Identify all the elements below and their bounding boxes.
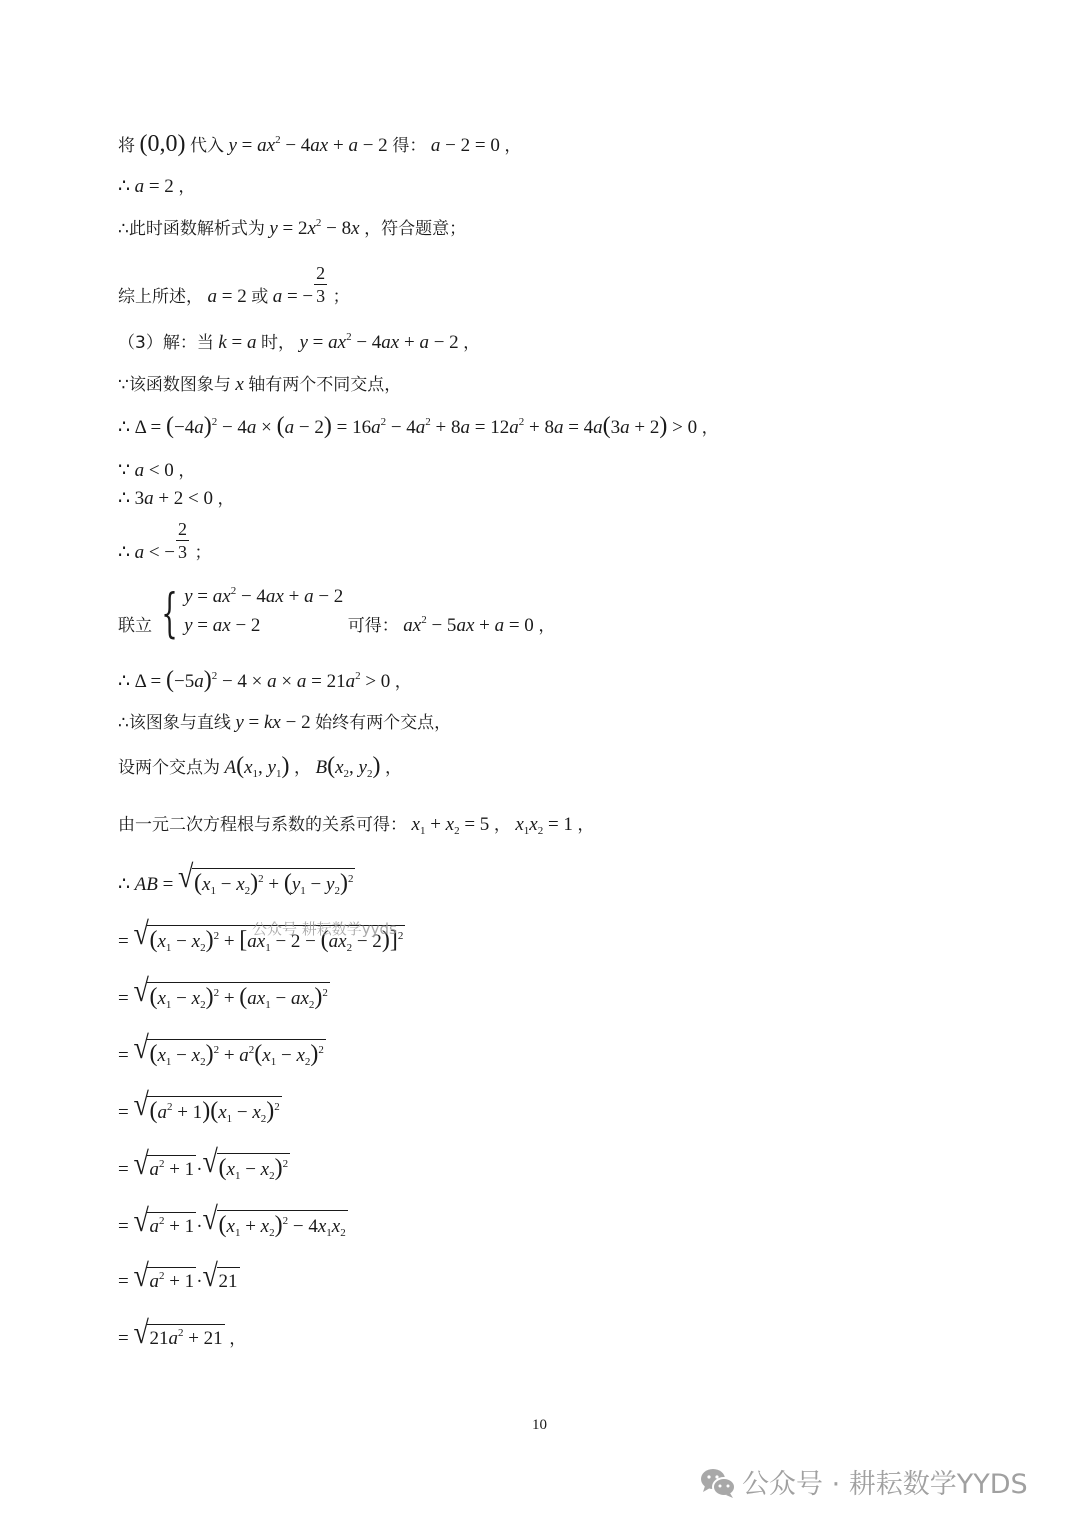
math-expr: < − xyxy=(144,542,175,563)
math-expr: + xyxy=(399,332,419,353)
line-step-2: = √(x1 − x2)2 + (ax1 − ax2)2 xyxy=(118,982,330,1011)
math-expr: a xyxy=(194,417,204,438)
math-expr: a xyxy=(416,417,426,438)
fraction: 23 xyxy=(176,518,189,563)
paren: ) xyxy=(372,753,380,779)
math-expr: = xyxy=(308,332,328,353)
math-expr: a xyxy=(208,286,218,307)
square-root: √(x1 − x2)2 + (y1 − y2)2 xyxy=(178,868,355,897)
math-expr: a xyxy=(461,417,471,438)
math-expr: + 8 xyxy=(524,417,554,438)
numerator: 2 xyxy=(176,518,189,541)
text: ， xyxy=(294,758,311,778)
math-expr: a xyxy=(509,417,519,438)
math-expr: A xyxy=(225,757,237,778)
math-expr: − 2 xyxy=(294,417,324,438)
math-expr: a xyxy=(247,332,257,353)
line-step-7: = √a2 + 1·√21 xyxy=(118,1267,240,1294)
math-expr: − 8 xyxy=(321,218,351,239)
text: 可得： xyxy=(348,616,399,636)
text: ， xyxy=(229,1329,246,1349)
math-expr: = 16 xyxy=(332,417,371,438)
math-expr: − 4 xyxy=(386,417,416,438)
text: 将 xyxy=(118,136,135,156)
text: ，符合题意； xyxy=(364,219,466,239)
square-root: √(x1 + x2)2 − 4x1x2 xyxy=(203,1210,348,1239)
math-var: x xyxy=(235,374,243,395)
therefore-symbol: ∴ xyxy=(118,542,130,563)
line-summary: 综上所述， a = 2 或 a = −23 ； xyxy=(118,262,350,309)
text: 轴有两个不同交点， xyxy=(248,375,401,395)
line-step-5: = √a2 + 1·√(x1 − x2)2 xyxy=(118,1153,290,1182)
therefore-symbol: ∴ xyxy=(118,176,130,197)
paren: ( xyxy=(236,753,244,779)
math-expr: a xyxy=(346,671,356,692)
line-a-range: ∴ a < −23 ； xyxy=(118,518,212,565)
math-expr: = xyxy=(244,712,264,733)
paren: ( xyxy=(603,413,611,439)
line-vieta: 由一元二次方程根与系数的关系可得： x1 + x2 = 5 ， x1x2 = 1… xyxy=(118,812,594,837)
math-expr: − 2 = 0 xyxy=(440,135,499,156)
line-step-8: = √21a2 + 21 ， xyxy=(118,1324,246,1351)
square-root: √(x1 − x2)2 xyxy=(203,1153,291,1182)
math-expr: = 0 xyxy=(504,615,534,636)
line-ab-distance: ∴ AB = √(x1 − x2)2 + (y1 − y2)2 xyxy=(118,868,355,897)
math-expr: ax xyxy=(381,332,399,353)
text: （3）解：当 xyxy=(118,333,214,353)
text: ， xyxy=(178,177,195,197)
math-expr: = xyxy=(227,332,247,353)
math-point: (0,0) xyxy=(140,131,186,157)
math-expr: a xyxy=(135,176,145,197)
math-expr: = xyxy=(237,135,257,156)
math-expr: a xyxy=(144,488,154,509)
math-expr: a xyxy=(273,286,283,307)
math-expr: + 2 < 0 xyxy=(154,488,213,509)
equals-sign: = xyxy=(118,988,133,1009)
math-expr: a xyxy=(371,417,381,438)
text: ， xyxy=(538,616,555,636)
text: ， xyxy=(463,333,480,353)
text: ， xyxy=(385,758,402,778)
math-expr: × xyxy=(256,417,276,438)
math-expr: x xyxy=(335,757,343,778)
math-expr: + xyxy=(328,135,348,156)
paren: ) xyxy=(204,413,212,439)
text: ， xyxy=(395,672,412,692)
line-two-intersections: ∵该函数图象与 x 轴有两个不同交点， xyxy=(118,372,401,397)
math-expr: a xyxy=(419,332,429,353)
equation-system: y = ax2 − 4ax + a − 2 y = ax − 2 xyxy=(184,582,343,640)
math-expr: k xyxy=(218,332,226,353)
math-expr: > 0 xyxy=(667,417,697,438)
math-expr: = 21 xyxy=(306,671,345,692)
square-root: √a2 + 1 xyxy=(133,1212,196,1239)
paren: ( xyxy=(166,413,174,439)
text: ， xyxy=(702,418,719,438)
line-points: 设两个交点为 A(x1, y1) ， B(x2, y2) ， xyxy=(118,754,402,780)
math-expr: = 2 xyxy=(144,176,174,197)
therefore-symbol: ∴ xyxy=(118,417,130,438)
math-expr: + 2 xyxy=(630,417,660,438)
system-eq-2: y = ax − 2 xyxy=(184,611,343,640)
system-eq-1: y = ax2 − 4ax + a − 2 xyxy=(184,582,343,611)
text: ， xyxy=(494,815,511,835)
paren: ) xyxy=(324,413,332,439)
math-expr: = 4 xyxy=(563,417,593,438)
text: ， xyxy=(218,489,235,509)
math-expr: ax xyxy=(257,135,275,156)
line-substitute-origin: 将 (0,0) 代入 y = ax2 − 4ax + a − 2 得： a − … xyxy=(118,132,521,158)
math-expr: > 0 xyxy=(361,671,391,692)
math-expr: + 8 xyxy=(431,417,461,438)
math-expr: a xyxy=(431,135,441,156)
math-expr: x xyxy=(244,757,252,778)
math-expr: −5 xyxy=(174,671,194,692)
watermark-inline: 公众号 耕耘数学yyds xyxy=(252,918,397,939)
square-root: √a2 + 1 xyxy=(133,1267,196,1294)
square-root: √(x1 − x2)2 + (ax1 − ax2)2 xyxy=(133,982,329,1011)
paren: ( xyxy=(277,413,285,439)
math-expr: 3 xyxy=(135,488,145,509)
math-expr: y xyxy=(299,332,307,353)
square-root: √21a2 + 21 xyxy=(133,1324,224,1351)
math-expr: − 4 xyxy=(281,135,311,156)
equals-sign: = xyxy=(118,1216,133,1237)
math-expr: − 5 xyxy=(427,615,457,636)
text: ∴该图象与直线 xyxy=(118,713,231,733)
math-expr: a xyxy=(194,671,204,692)
equals-sign: = xyxy=(118,1045,133,1066)
square-root: √(x1 − x2)2 + a2(x1 − x2)2 xyxy=(133,1039,325,1068)
denominator: 3 xyxy=(314,285,327,307)
math-expr: a xyxy=(495,615,505,636)
math-expr: = xyxy=(158,874,178,895)
paren: ) xyxy=(204,667,212,693)
paren: ( xyxy=(327,753,335,779)
math-expr: − 2 xyxy=(281,712,311,733)
math-expr: − 2 xyxy=(358,135,392,156)
equals-sign: = xyxy=(118,1159,133,1180)
math-expr: ax xyxy=(328,332,346,353)
math-expr: ax xyxy=(310,135,328,156)
line-step-3: = √(x1 − x2)2 + a2(x1 − x2)2 xyxy=(118,1039,326,1068)
math-expr: x xyxy=(412,814,420,835)
square-root: √21 xyxy=(203,1267,240,1294)
math-expr: a xyxy=(297,671,307,692)
math-expr: ax xyxy=(456,615,474,636)
square-root: √(a2 + 1)(x1 − x2)2 xyxy=(133,1096,281,1125)
therefore-symbol: ∴ xyxy=(118,488,130,509)
line-a-negative: ∵ a < 0 ， xyxy=(118,458,195,483)
math-expr: − 4 × xyxy=(217,671,267,692)
page-number: 10 xyxy=(532,1417,547,1434)
math-expr: x xyxy=(351,218,359,239)
line-part3-start: （3）解：当 k = a 时， y = ax2 − 4ax + a − 2 ， xyxy=(118,330,480,355)
equals-sign: = xyxy=(118,1328,133,1349)
math-expr: a xyxy=(267,671,277,692)
footer-watermark: 公众号 · 耕耘数学YYDS xyxy=(700,1462,1028,1501)
math-expr: y xyxy=(228,135,236,156)
footer-watermark-text: 公众号 · 耕耘数学YYDS xyxy=(742,1462,1028,1501)
math-expr: AB xyxy=(135,874,158,895)
line-line-intersection: ∴该图象与直线 y = kx − 2 始终有两个交点， xyxy=(118,710,451,735)
line-step-6: = √a2 + 1·√(x1 + x2)2 − 4x1x2 xyxy=(118,1210,348,1239)
text: 得： xyxy=(392,136,426,156)
document-page: 将 (0,0) 代入 y = ax2 − 4ax + a − 2 得： a − … xyxy=(0,0,1080,1527)
because-symbol: ∵ xyxy=(118,460,130,481)
math-expr: y xyxy=(269,218,277,239)
math-expr: a xyxy=(348,135,358,156)
math-expr: = 2 xyxy=(278,218,308,239)
math-expr: 3 xyxy=(611,417,621,438)
denominator: 3 xyxy=(176,541,189,563)
line-3a-plus-2: ∴ 3a + 2 < 0 ， xyxy=(118,486,235,511)
math-expr: y xyxy=(235,712,243,733)
math-expr: − 2 xyxy=(429,332,459,353)
text: ； xyxy=(333,287,350,307)
math-expr: a xyxy=(620,417,630,438)
math-expr: B xyxy=(315,757,327,778)
text: ， xyxy=(504,136,521,156)
text: 始终有两个交点， xyxy=(315,713,451,733)
math-expr: x xyxy=(307,218,315,239)
text: 代入 xyxy=(190,136,224,156)
math-expr: a xyxy=(593,417,603,438)
text: 或 xyxy=(251,287,268,307)
equals-sign: = xyxy=(118,931,133,952)
line-system: 联立 { y = ax2 − 4ax + a − 2 y = ax − 2 可得… xyxy=(118,582,555,640)
therefore-symbol: ∴ xyxy=(118,671,130,692)
text: ， xyxy=(577,815,594,835)
text: 联立 xyxy=(118,616,152,636)
line-a-equals-2: ∴ a = 2 ， xyxy=(118,174,195,199)
math-expr: < 0 xyxy=(144,460,174,481)
math-expr: = 2 xyxy=(217,286,247,307)
math-expr: − 4 xyxy=(352,332,382,353)
math-expr: = − xyxy=(282,286,313,307)
math-expr: Δ = xyxy=(135,671,166,692)
math-expr: + xyxy=(474,615,494,636)
math-expr: = 12 xyxy=(470,417,509,438)
paren: ( xyxy=(166,667,174,693)
math-expr: a xyxy=(135,542,145,563)
therefore-symbol: ∴ xyxy=(118,874,130,895)
line-function-expression: ∴此时函数解析式为 y = 2x2 − 8x ，符合题意； xyxy=(118,216,466,241)
math-expr: a xyxy=(285,417,295,438)
math-expr: x xyxy=(515,814,523,835)
wechat-icon xyxy=(700,1467,734,1497)
paren: ) xyxy=(281,753,289,779)
math-expr: − 4 xyxy=(217,417,247,438)
text: ； xyxy=(195,543,212,563)
text: 由一元二次方程根与系数的关系可得： xyxy=(118,815,407,835)
math-expr: a xyxy=(247,417,257,438)
fraction: 23 xyxy=(314,262,327,307)
text: ∵该函数图象与 xyxy=(118,375,231,395)
math-expr: a xyxy=(135,460,145,481)
left-brace: { xyxy=(161,588,178,640)
text: 设两个交点为 xyxy=(118,758,220,778)
numerator: 2 xyxy=(314,262,327,285)
line-step-4: = √(a2 + 1)(x1 − x2)2 xyxy=(118,1096,282,1125)
math-expr: ax xyxy=(403,615,421,636)
text: 综上所述， xyxy=(118,287,203,307)
math-expr: × xyxy=(277,671,297,692)
equals-sign: = xyxy=(118,1271,133,1292)
text: ， xyxy=(178,461,195,481)
line-discriminant-2: ∴ Δ = (−5a)2 − 4 × a × a = 21a2 > 0 ， xyxy=(118,668,412,694)
math-expr: Δ = xyxy=(135,417,166,438)
square-root: √a2 + 1 xyxy=(133,1155,196,1182)
line-discriminant-1: ∴ Δ = (−4a)2 − 4a × (a − 2) = 16a2 − 4a2… xyxy=(118,414,719,440)
math-expr: −4 xyxy=(174,417,194,438)
math-expr: kx xyxy=(264,712,281,733)
text: ∴此时函数解析式为 xyxy=(118,219,265,239)
equals-sign: = xyxy=(118,1102,133,1123)
text: 时， xyxy=(261,333,295,353)
